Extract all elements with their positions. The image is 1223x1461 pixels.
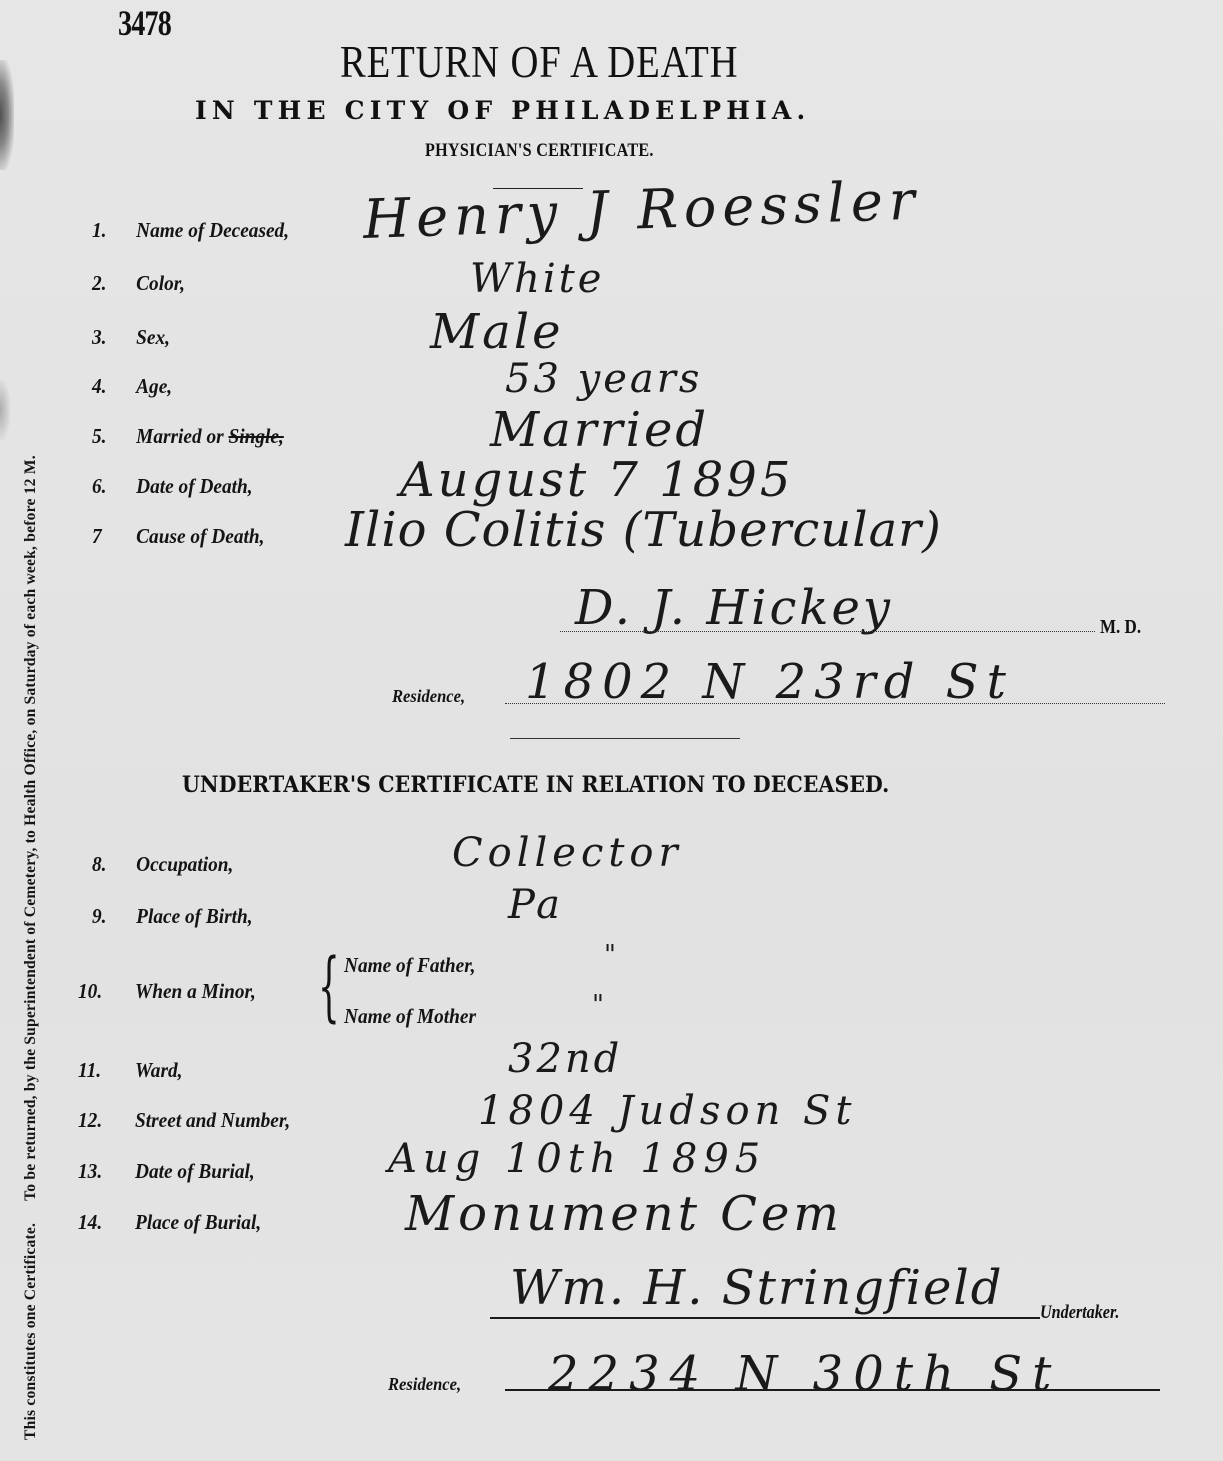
field-label-date-of-death: 6.Date of Death,	[92, 474, 253, 499]
field-label-occupation: 8.Occupation,	[92, 852, 233, 877]
field-value-cause-of-death: Ilio Colitis (Tubercular)	[345, 502, 942, 558]
field-label-marital-status: 5.Married or Single,	[92, 424, 284, 449]
undertaker-suffix: Undertaker.	[1040, 1302, 1119, 1324]
margin-text-part2: To be returned, by the Superintendent of…	[22, 455, 39, 1201]
field-value-place-of-birth: Pa	[508, 882, 563, 928]
field-value-name-of-deceased: Henry J Roessler	[362, 169, 922, 251]
field-label-name-of-mother: Name of Mother	[344, 1004, 476, 1029]
field-label-place-of-birth: 9.Place of Birth,	[92, 904, 253, 929]
section-heading-physician: PHYSICIAN'S CERTIFICATE.	[425, 140, 654, 162]
field-value-name-of-father: "	[604, 940, 619, 970]
field-value-place-of-burial: Monument Cem	[405, 1186, 843, 1242]
document-subtitle: IN THE CITY OF PHILADELPHIA.	[195, 96, 810, 125]
field-value-age: 53 years	[505, 356, 702, 402]
field-value-street-and-number: 1804 Judson St	[478, 1088, 856, 1134]
field-value-marital-status: Married	[490, 402, 709, 458]
undertaker-residence-label: Residence,	[388, 1374, 461, 1395]
field-label-place-of-burial: 14.Place of Burial,	[78, 1210, 261, 1235]
undertaker-signature: Wm. H. Stringfield	[510, 1260, 1003, 1316]
section-heading-undertaker: UNDERTAKER'S CERTIFICATE IN RELATION TO …	[182, 772, 889, 798]
field-value-occupation: Collector	[452, 830, 683, 876]
margin-instructions: This constitutes one Certificate.To be r…	[22, 455, 40, 1440]
signature-line-physician	[560, 631, 1095, 632]
field-label-age: 4.Age,	[92, 374, 172, 399]
physician-residence-value: 1802 N 23rd St	[525, 654, 1014, 710]
field-label-when-a-minor: 10.When a Minor,	[78, 979, 256, 1004]
physician-residence-label: Residence,	[392, 686, 465, 707]
binding-shadow	[0, 60, 14, 170]
field-label-color: 2.Color,	[92, 271, 185, 296]
field-label-cause-of-death: 7Cause of Death,	[92, 524, 264, 549]
serial-number: 3478	[118, 2, 171, 44]
undertaker-residence-value: 2234 N 30th St	[548, 1346, 1061, 1402]
md-suffix: M. D.	[1100, 616, 1141, 639]
margin-text-part1: This constitutes one Certificate.	[22, 1223, 39, 1440]
field-label-name-of-deceased: 1.Name of Deceased,	[92, 218, 289, 243]
field-label-street-and-number: 12.Street and Number,	[78, 1108, 290, 1133]
field-label-sex: 3.Sex,	[92, 325, 170, 350]
field-value-color: White	[470, 256, 604, 302]
field-label-ward: 11.Ward,	[78, 1058, 182, 1083]
residence-line-physician	[505, 703, 1165, 704]
physician-signature: D. J. Hickey	[575, 580, 893, 636]
field-value-date-of-burial: Aug 10th 1895	[388, 1136, 766, 1182]
residence-line-undertaker	[505, 1389, 1160, 1391]
section-divider	[510, 738, 740, 739]
field-value-name-of-mother: "	[592, 990, 607, 1020]
brace-glyph: {	[318, 948, 340, 1024]
struck-single-option: Single,	[228, 424, 283, 448]
document-title: RETURN OF A DEATH	[340, 36, 738, 88]
field-value-ward: 32nd	[508, 1036, 622, 1082]
certificate-page: This constitutes one Certificate.To be r…	[0, 0, 1223, 1461]
field-label-date-of-burial: 13.Date of Burial,	[78, 1159, 255, 1184]
field-value-date-of-death: August 7 1895	[400, 452, 793, 508]
binding-shadow	[0, 380, 10, 440]
signature-line-undertaker	[490, 1317, 1040, 1319]
field-label-name-of-father: Name of Father,	[344, 953, 475, 978]
field-value-sex: Male	[430, 304, 564, 360]
